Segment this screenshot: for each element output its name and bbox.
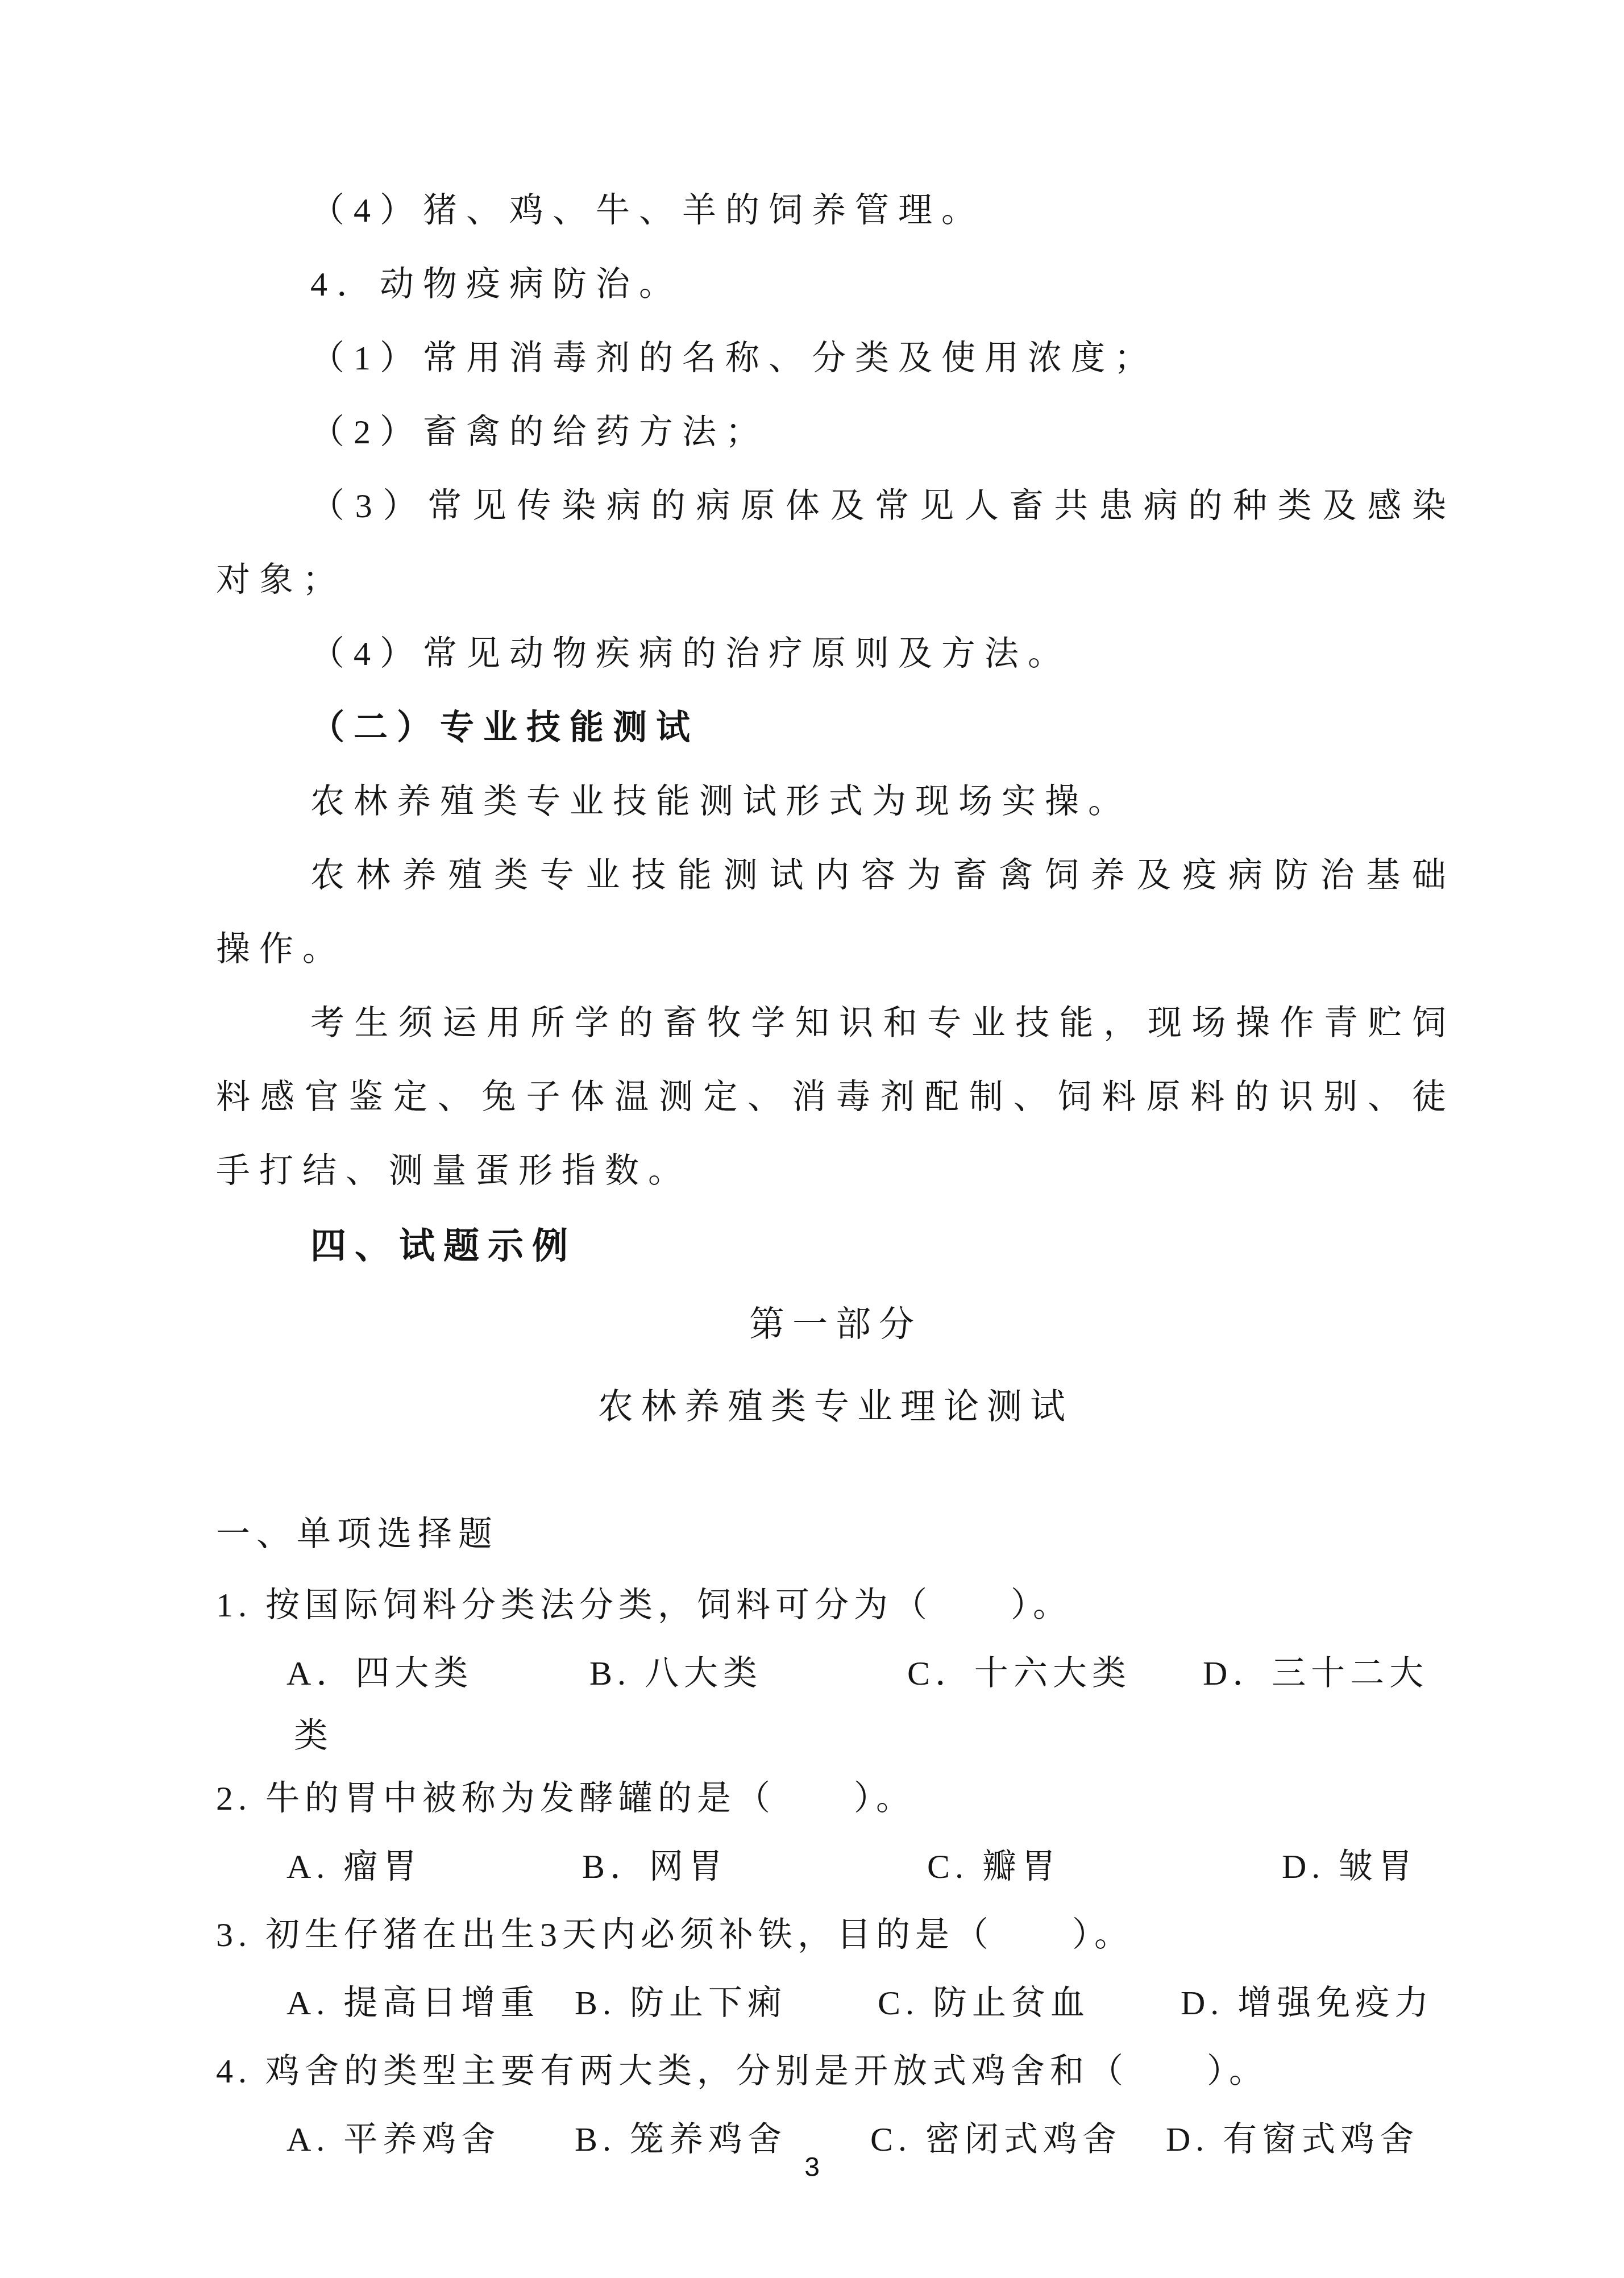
part-subtitle: 农林养殖类专业理论测试: [216, 1366, 1455, 1449]
knowledge-sub-3-line-1: （3）常见传染病的病原体及常见人畜共患病的种类及感染: [216, 469, 1455, 543]
skill-form-paragraph: 农林养殖类专业技能测试形式为现场实操。: [216, 764, 1455, 838]
skill-content-line-2: 操作。: [216, 912, 1455, 986]
question-3-option-c: C. 防止贫血: [878, 1969, 1090, 2037]
quiz-heading: 一、单项选择题: [216, 1497, 1455, 1571]
question-1-option-a: A．四大类: [286, 1639, 473, 1707]
skill-section-heading: （二）专业技能测试: [216, 691, 1455, 764]
question-1-option-c: C．十六大类: [907, 1639, 1131, 1707]
question-3-option-b: B. 防止下痢: [575, 1969, 787, 2037]
question-1-stem: 1. 按国际饲料分类法分类，饲料可分为（ ）。: [216, 1571, 1455, 1639]
document-content: （4）猪、鸡、牛、羊的饲养管理。 4．动物疫病防治。 （1）常用消毒剂的名称、分…: [0, 0, 1624, 2173]
skill-detail-line-3: 手打结、测量蛋形指数。: [216, 1134, 1455, 1208]
knowledge-heading-disease: 4．动物疫病防治。: [216, 247, 1455, 321]
question-1-option-d: D．三十二大: [1203, 1639, 1428, 1707]
question-3-stem: 3. 初生仔猪在出生3天内必须补铁，目的是（ ）。: [216, 1901, 1455, 1969]
question-3-option-a: A. 提高日增重: [286, 1969, 539, 2037]
question-2-option-b: B．网胃: [582, 1832, 728, 1901]
part-title: 第一部分: [216, 1284, 1455, 1366]
skill-detail-line-2: 料感官鉴定、兔子体温测定、消毒剂配制、饲料原料的识别、徒: [216, 1060, 1455, 1134]
skill-detail-line-1: 考生须运用所学的畜牧学知识和专业技能，现场操作青贮饲: [216, 986, 1455, 1060]
question-2-options: A. 瘤胃 B．网胃 C. 瓣胃 D. 皱胃: [216, 1832, 1455, 1901]
knowledge-sub-1: （1）常用消毒剂的名称、分类及使用浓度；: [216, 321, 1455, 395]
question-2-stem: 2. 牛的胃中被称为发酵罐的是（ ）。: [216, 1764, 1455, 1832]
skill-content-line-1: 农林养殖类专业技能测试内容为畜禽饲养及疫病防治基础: [216, 838, 1455, 912]
examples-section-heading: 四、试题示例: [216, 1208, 1455, 1284]
knowledge-item-4: （4）猪、鸡、牛、羊的饲养管理。: [216, 173, 1455, 247]
knowledge-sub-3-line-2: 对象；: [216, 543, 1455, 617]
question-1-option-b: B. 八大类: [589, 1639, 762, 1707]
knowledge-sub-4: （4）常见动物疾病的治疗原则及方法。: [216, 617, 1455, 691]
page-number: 3: [0, 2152, 1624, 2183]
question-1-options: A．四大类 B. 八大类 C．十六大类 D．三十二大: [216, 1639, 1455, 1707]
question-1-option-d-wrap: 类: [294, 1707, 1455, 1764]
knowledge-sub-2: （2）畜禽的给药方法；: [216, 395, 1455, 469]
question-2-option-a: A. 瘤胃: [286, 1832, 422, 1901]
question-2-option-c: C. 瓣胃: [927, 1832, 1061, 1901]
question-3-option-d: D. 增强免疫力: [1181, 1969, 1434, 2037]
question-4-stem: 4. 鸡舍的类型主要有两大类，分别是开放式鸡舍和（ ）。: [216, 2037, 1455, 2105]
question-3-options: A. 提高日增重 B. 防止下痢 C. 防止贫血 D. 增强免疫力: [216, 1969, 1455, 2037]
document-page: （4）猪、鸡、牛、羊的饲养管理。 4．动物疫病防治。 （1）常用消毒剂的名称、分…: [0, 0, 1624, 2278]
question-2-option-d: D. 皱胃: [1282, 1832, 1417, 1901]
